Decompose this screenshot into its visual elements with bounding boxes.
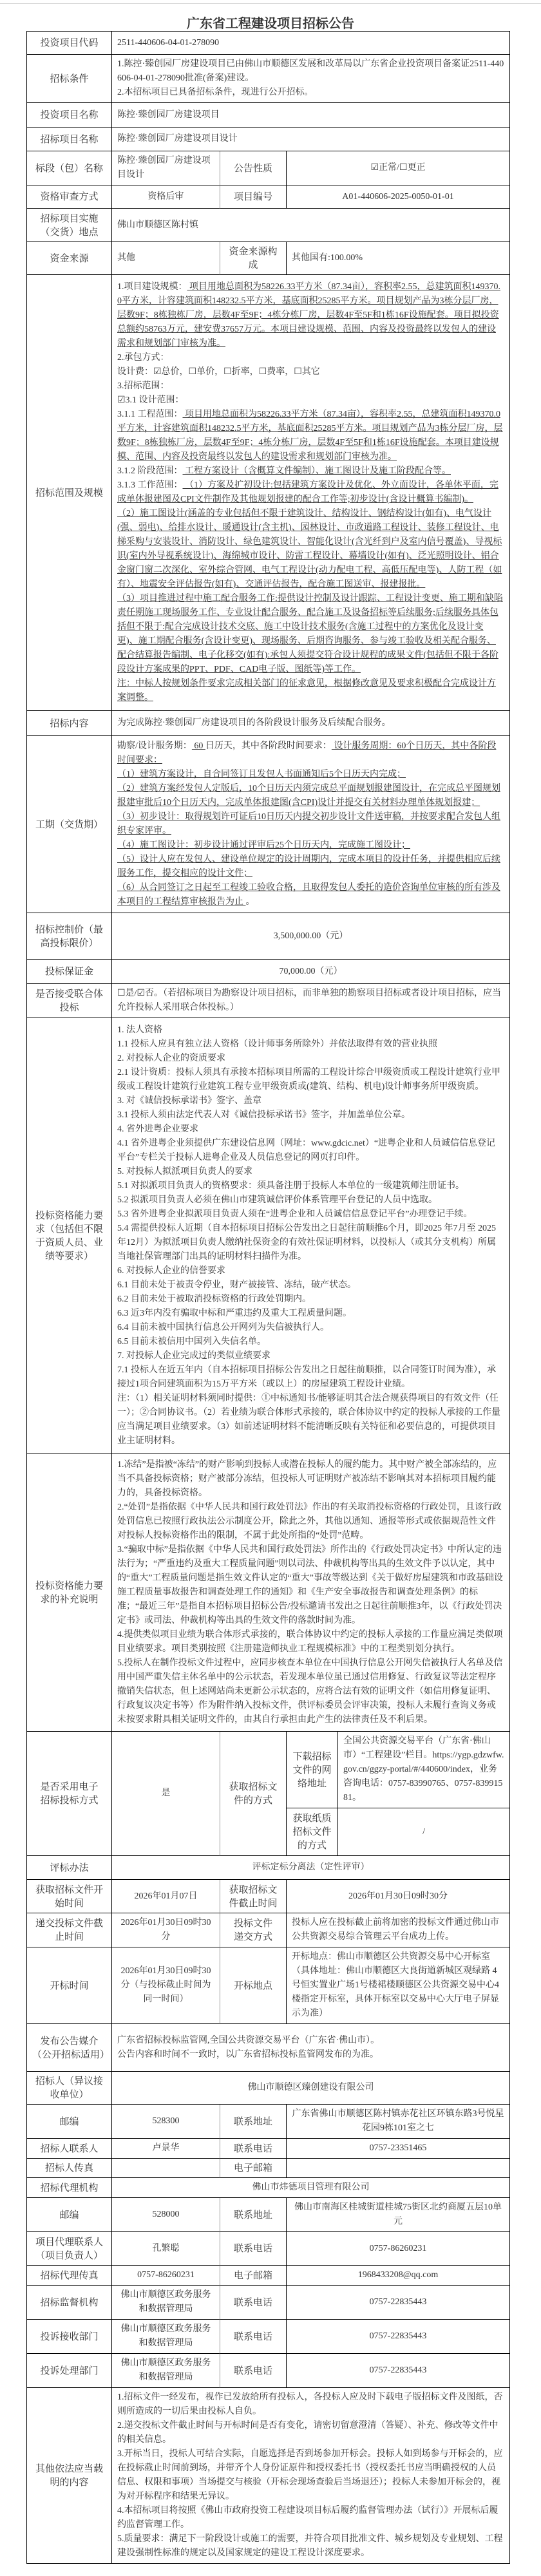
- media-line: 公告内容和时间不一致时，以广东省招标投标监管网发布的为准。: [117, 2048, 504, 2062]
- condition-line: 1.陈控·臻创园厂房建设项目已由佛山市顺德区发展和改革局以广东省企业投资项目备案…: [117, 57, 504, 86]
- requirement-item: 6.4 目前未被中国执行信息公开网列为失信被执行人。: [117, 1321, 504, 1335]
- other-item: 1.招标文件一经发布，视作已发放给所有投标人，各投标人应及时下载电子版招标文件及…: [117, 2391, 504, 2419]
- value-scope: 1.项目建设规模： 项目用地总面积为58226.33平方米（87.34亩），容积…: [112, 275, 510, 711]
- value-funding-composition: 其他国有:100.00%: [287, 242, 510, 275]
- row-media: 发布公告媒介（公开招标适用） 广东省招标投标监管网,全国公共资源交易平台（广东省…: [27, 2024, 510, 2072]
- duration-suffix: 。: [246, 897, 255, 907]
- row-complaint-handling: 投诉处理部门 佛山市顺德区政务服务和数据管理局 联系电话 0757-228354…: [27, 2354, 510, 2388]
- row-supervision: 招标监督机构 佛山市顺德区政务服务和数据管理局 联系电话 0757-228354…: [27, 2286, 510, 2320]
- label-duration: 工期（交货期）: [27, 736, 112, 913]
- value-agency-phone: 0757-86260231: [287, 2232, 510, 2266]
- row-agency-fax: 招标代理传真 0757-86260231 电子邮箱 1968433208@qq.…: [27, 2266, 510, 2286]
- duration-paragraph: （6）从合同签订之日起至工程竣工验收合格，且取得发包人委托的造价咨询单位审核的所…: [117, 881, 504, 909]
- other-item: 3.开标当日，投标人可结合实际，自愿选择是否到场参加开标会。投标人如到场参与开标…: [117, 2447, 504, 2504]
- value-review-method: 资格后审: [112, 185, 220, 209]
- condition-line: 2.本招标项目已具备招标条件，现进行公开招标。: [117, 86, 504, 100]
- value-tenderer-email: [287, 2159, 510, 2178]
- label-submission-method: 投标文件递交方式: [220, 1913, 287, 1947]
- label-electronic-bidding-text: 是否采用电子招标投标方式: [41, 1780, 99, 1807]
- value-content: 为完成陈控·臻创园厂房建设项目的各阶段设计服务及后续配合服务。: [112, 711, 510, 736]
- row-electronic-bidding: 是否采用电子招标投标方式 是 获取招标文件的方式 下载招标文件的网络地址 全国公…: [27, 1732, 510, 1808]
- scope-paragraph: 3.1.3 工作范围： （1）方案及扩初设计:包括建筑方案设计及优化、外立面设计…: [117, 478, 504, 507]
- duration-paragraph: 勘察/设计服务期： 60 日历天，其中各阶段时间要求： 设计服务周期：60个日历…: [117, 739, 504, 768]
- row-agency-address: 邮编 528000 联系地址 佛山市南海区桂城街道桂城75街区北约商厦五层10单…: [27, 2198, 510, 2232]
- duration-paragraph: （4）施工图设计：初步设计通过评审后25个日历天内，完成施工图设计；: [117, 838, 504, 853]
- duration-paragraph: （1）建筑方案设计，自合同签订且发包人书面通知后5个日历天内完成；: [117, 768, 504, 782]
- scope-underlined-text: 项目用地总面积为58226.33平方米（87.34亩），容积率2.55，总建筑面…: [117, 282, 500, 348]
- scope-underlined-text: 工程方案设计（含概算文件编制）、施工图设计及施工阶段配合等。: [183, 466, 451, 476]
- label-agency-phone: 联系电话: [220, 2232, 287, 2266]
- page-title: 广东省工程建设项目招标公告: [0, 15, 541, 32]
- label-paper-documents: 获取纸质招标文件的方式: [287, 1808, 338, 1856]
- requirement-item: 3.1 投标人须由法定代表人对《诚信投标承诺书》签字，并加盖单位公章。: [117, 1108, 504, 1122]
- label-tenderer-email: 电子邮箱: [220, 2159, 287, 2178]
- value-tenderer: 佛山市顺德区臻创建设有限公司: [112, 2072, 510, 2105]
- row-agency-contact: 项目代理联系人（项目负责人） 孔繁聪 联系电话 0757-86260231: [27, 2232, 510, 2266]
- requirement-item: 2.1 设计资质：投标人须具有承接本招标项目所需的工程设计综合甲级资质或工程设计…: [117, 1066, 504, 1094]
- scope-heading: 3.1.3 工作范围：: [117, 480, 183, 490]
- requirement-item: 7. 对投标人企业完成过的类似业绩要求: [117, 1349, 504, 1363]
- scope-paragraph: 2.承包方式：: [117, 351, 504, 365]
- value-project-number: A01-440606-2025-0050-01-01: [287, 185, 510, 209]
- row-investment-project-name: 投资项目名称 陈控·臻创园厂房建设项目: [27, 103, 510, 128]
- value-tender-conditions: 1.陈控·臻创园厂房建设项目已由佛山市顺德区发展和改革局以广东省企业投资项目备案…: [112, 55, 510, 103]
- requirement-item: 5.3 省外进粤企业拟派项目负责人须在“进粤企业和人员诚信信息登记平台”办理登记…: [117, 1207, 504, 1222]
- requirement-item: 6.2 目前未处于被取消投标资格的行政处罚期内。: [117, 1293, 504, 1307]
- label-agency-email: 电子邮箱: [220, 2266, 287, 2286]
- row-content: 招标内容 为完成陈控·臻创园厂房建设项目的各阶段设计服务及后续配合服务。: [27, 711, 510, 736]
- value-location: 佛山市顺德区陈村镇: [112, 209, 510, 242]
- label-complaint-handling: 投诉处理部门: [27, 2354, 112, 2388]
- value-control-price: 3,500,000.00（元）: [112, 913, 510, 960]
- scope-heading: 3.1.1 工程范围：: [117, 410, 183, 419]
- scope-heading: 1.项目建设规模：: [117, 282, 187, 292]
- value-complaint-handling: 佛山市顺德区政务服务和数据管理局: [112, 2354, 220, 2388]
- value-submission-deadline: 2026年01月30日09时30分: [112, 1913, 220, 1947]
- value-tender-project-name: 陈控·臻创园厂房建设项目设计: [112, 128, 510, 151]
- value-tenderer-postcode: 528300: [112, 2105, 220, 2139]
- requirement-item: 1. 法人资格: [117, 1023, 504, 1037]
- requirement-item: 6.1 目前未处于被责令停业，财产被接管、冻结，破产状态。: [117, 1278, 504, 1293]
- media-line: 广东省招标投标监管网,全国公共资源交易平台（广东省·佛山市）。: [117, 2034, 504, 2048]
- value-notice-type: ☑正常/☐更正: [287, 151, 510, 185]
- label-tender-project-name: 招标项目名称: [27, 128, 112, 151]
- value-opening-time: 2026年01月30日09时30分（与投标截止时间为同一时间）: [112, 1947, 220, 2024]
- row-qualification-review: 资格审查方式 资格后审 项目编号 A01-440606-2025-0050-01…: [27, 185, 510, 209]
- row-scope: 招标范围及规模 1.项目建设规模： 项目用地总面积为58226.33平方米（87…: [27, 275, 510, 711]
- duration-text: 日历天，其中各阶段时间要求：: [205, 741, 332, 751]
- requirement-item: 5. 对投标人拟派项目负责人的要求: [117, 1165, 504, 1179]
- value-supervision-phone: 0757-22835443: [287, 2286, 510, 2320]
- other-item: 5.质量要求：满足下一阶段设计或施工的需要，并符合项目批准文件、城乡规划及专业规…: [117, 2532, 504, 2561]
- label-scope: 招标范围及规模: [27, 275, 112, 711]
- value-agency-postcode: 528000: [112, 2198, 220, 2232]
- requirement-item: 4.1 省外进粤企业须提供广东建设信息网（网址：www.gdcic.net）“进…: [117, 1137, 504, 1165]
- value-paper-documents: /: [338, 1808, 510, 1856]
- label-project-code: 投资项目代码: [27, 32, 112, 55]
- requirement-item: 6. 对投标人企业的信誉要求: [117, 1264, 504, 1278]
- label-media: 发布公告媒介（公开招标适用）: [27, 2024, 112, 2072]
- value-other: 1.招标文件一经发布，视作已发放给所有投标人，各投标人应及时下载电子版招标文件及…: [112, 2388, 510, 2564]
- scope-paragraph: 设计费：☑总价，☐单价，☐折率，☐费率，☐其它: [117, 365, 504, 379]
- row-duration: 工期（交货期） 勘察/设计服务期： 60 日历天，其中各阶段时间要求： 设计服务…: [27, 736, 510, 913]
- row-complaint-receiving: 投诉接收部门 佛山市顺德区政务服务和数据管理局 联系电话 0757-228354…: [27, 2320, 510, 2354]
- value-doc-end: 2026年01月30日09时30分: [287, 1880, 510, 1913]
- row-opening: 开标时间 2026年01月30日09时30分（与投标截止时间为同一时间） 开标地…: [27, 1947, 510, 2024]
- row-tenderer-address: 邮编 528300 联系地址 广东省佛山市顺德区陈村镇赤花社区环镇东路3号悦星花…: [27, 2105, 510, 2139]
- scope-paragraph: 注：中标人按规划条件要求完成相关部门的征求意见，根据修改意见及要求积极配合完成设…: [117, 677, 504, 705]
- row-tenderer-fax: 招标人传真 电子邮箱: [27, 2159, 510, 2178]
- requirement-item: 3. 对《诚信投标承诺书》签字、盖章: [117, 1094, 504, 1108]
- row-tenderer-contact: 招标人联系人 卢景华 联系电话 0757-23351465: [27, 2139, 510, 2159]
- duration-paragraph: （2）建筑方案经发包人定版后，10个日历天内须完成总平面规划报建图设计，在完成总…: [117, 782, 504, 810]
- requirement-item: 4. 省外进粤企业要求: [117, 1122, 504, 1137]
- scope-paragraph: （2）施工图设计(涵盖的专业包括但不限于建筑设计、结构设计、钢结构设计(如有)、…: [117, 507, 504, 592]
- other-item: 2.递交投标文件截止时间与开标时间是否有变化，请密切留意澄清（答疑）、补充、修改…: [117, 2419, 504, 2447]
- label-funding-composition: 资金来源构成: [220, 242, 287, 275]
- value-consortium: ☐是/☑否。（若招标项目为勘察设计项目招标，而非单独的勘察项目招标或者设计项目招…: [112, 984, 510, 1018]
- label-complaint-handling-phone: 联系电话: [220, 2354, 287, 2388]
- row-location: 招标项目实施（交货）地点 佛山市顺德区陈村镇: [27, 209, 510, 242]
- row-bidder-requirements: 投标资格能力要求（包括但不限于资质人员、业绩等要求） 1. 法人资格 1.1 投…: [27, 1018, 510, 1454]
- note-item: 4.提供类似项目业绩为联合体形式承接的，联合体协议中约定的投标人承接的工作量应满…: [117, 1628, 504, 1656]
- label-tenderer: 招标人（异议接收单位）: [27, 2072, 112, 2105]
- value-tenderer-contact: 卢景华: [112, 2139, 220, 2159]
- label-review-method: 资格审查方式: [27, 185, 112, 209]
- row-submission: 递交投标文件截止时间 2026年01月30日09时30分 投标文件递交方式 投标…: [27, 1913, 510, 1947]
- value-media: 广东省招标投标监管网,全国公共资源交易平台（广东省·佛山市）。 公告内容和时间不…: [112, 2024, 510, 2072]
- label-submission-method-text: 投标文件递交方式: [234, 1917, 272, 1944]
- label-notice-type: 公告性质: [220, 151, 287, 185]
- row-other: 其他依法应当载明的内容 1.招标文件一经发布，视作已发放给所有投标人，各投标人应…: [27, 2388, 510, 2564]
- label-agency-postcode: 邮编: [27, 2198, 112, 2232]
- row-funding: 资金来源 其他 资金来源构成 其他国有:100.00%: [27, 242, 510, 275]
- value-bidder-requirements: 1. 法人资格 1.1 投标人应具有独立法人资格（设计师事务所除外）并依法取得有…: [112, 1018, 510, 1454]
- label-lot-name: 标段（包）名称: [27, 151, 112, 185]
- note-item: 1.冻结”是指被“冻结”的财产影响到投标人或潜在投标人的履约能力。其中财产被全部…: [117, 1458, 504, 1501]
- label-agency-contact: 项目代理联系人（项目负责人）: [27, 2232, 112, 2266]
- duration-paragraph: （5）设计人应在发包人、建设单位规定的设计周期内，完成本项目的设计任务，并提供相…: [117, 853, 504, 881]
- label-location: 招标项目实施（交货）地点: [27, 209, 112, 242]
- label-obtain-method: 获取招标文件的方式: [220, 1732, 287, 1856]
- value-tenderer-phone: 0757-23351465: [287, 2139, 510, 2159]
- duration-days: 60: [192, 741, 205, 751]
- row-document-period: 获取招标文件开始时间 2026年01月07日 获取招标文件截止时间 2026年0…: [27, 1880, 510, 1913]
- note-item: 2.“处罚”是指依据《中华人民共和国行政处罚法》作出的有关取消投标资格的行政处罚…: [117, 1501, 504, 1543]
- label-opening-place: 开标地点: [220, 1947, 287, 2024]
- value-download-address: 全国公共资源交易平台（广东省·佛山市）“工程建设”栏目。https://ygp.…: [338, 1732, 510, 1808]
- requirement-item: 5.4 需提供投标人近期（自本招标项目招标公告发出之日起往前顺推6个月，即202…: [117, 1222, 504, 1264]
- value-duration: 勘察/设计服务期： 60 日历天，其中各阶段时间要求： 设计服务周期：60个日历…: [112, 736, 510, 913]
- label-investment-project-name: 投资项目名称: [27, 103, 112, 128]
- row-control-price: 招标控制价（最高投标限价） 3,500,000.00（元）: [27, 913, 510, 960]
- note-item: 3.“骗取中标”是指依据《中华人民共和国行政处罚法》所作出的《行政处罚决定书》中…: [117, 1543, 504, 1628]
- label-other: 其他依法应当载明的内容: [27, 2388, 112, 2564]
- scope-paragraph: 3.1.1 工程范围： 项目用地总面积为58226.33平方米（87.34亩），…: [117, 408, 504, 464]
- duration-underlined-text: （6）从合同签订之日起至工程竣工验收合格，且取得发包人委托的造价咨询单位审核的所…: [117, 883, 500, 907]
- label-tenderer-address: 联系地址: [220, 2105, 287, 2139]
- row-evaluation: 评标办法 评标定标分离法（定性评审）: [27, 1856, 510, 1880]
- label-tenderer-fax: 招标人传真: [27, 2159, 112, 2178]
- value-complaint-receiving: 佛山市顺德区政务服务和数据管理局: [112, 2320, 220, 2354]
- label-complaint-receiving: 投诉接收部门: [27, 2320, 112, 2354]
- row-project-code: 投资项目代码 2511-440606-04-01-278090: [27, 32, 510, 55]
- value-evaluation: 评标定标分离法（定性评审）: [112, 1856, 510, 1880]
- label-bid-bond: 投标保证金: [27, 960, 112, 984]
- value-tenderer-fax: [112, 2159, 220, 2178]
- row-tender-conditions: 招标条件 1.陈控·臻创园厂房建设项目已由佛山市顺德区发展和改革局以广东省企业投…: [27, 55, 510, 103]
- row-consortium: 是否接受联合体投标 ☐是/☑否。（若招标项目为勘察设计项目招标，而非单独的勘察项…: [27, 984, 510, 1018]
- value-complaint-receiving-phone: 0757-22835443: [287, 2320, 510, 2354]
- label-control-price: 招标控制价（最高投标限价）: [27, 913, 112, 960]
- value-investment-project-name: 陈控·臻创园厂房建设项目: [112, 103, 510, 128]
- value-electronic-bidding: 是: [112, 1732, 220, 1856]
- value-agency-address: 佛山市南海区桂城街道桂城75街区北约商厦五层10单元: [287, 2198, 510, 2232]
- requirement-item: 6.3 近3年内没有骗取中标和严重违约及重大工程质量问题。: [117, 1307, 504, 1321]
- value-agency-contact: 孔繁聪: [112, 2232, 220, 2266]
- value-complaint-handling-phone: 0757-22835443: [287, 2354, 510, 2388]
- requirement-item: 6.5 目前未被信用中国列入失信名单。: [117, 1335, 504, 1349]
- scope-heading: 3.1.2 阶段范围：: [117, 466, 183, 476]
- note-item: 5.投标人在制作投标文件过程中，应同步核查本单位在中国执行信息公开网失信被执行人…: [117, 1656, 504, 1727]
- label-requirements-notes: 投标资格能力要求的补充说明: [27, 1454, 112, 1732]
- top-divider: [0, 3, 541, 4]
- label-tenderer-contact: 招标人联系人: [27, 2139, 112, 2159]
- value-agency-fax: 0757-86260231: [112, 2266, 220, 2286]
- value-requirements-notes: 1.冻结”是指被“冻结”的财产影响到投标人或潜在投标人的履约能力。其中财产被全部…: [112, 1454, 510, 1732]
- value-project-code: 2511-440606-04-01-278090: [112, 32, 510, 55]
- scope-paragraph: 1.项目建设规模： 项目用地总面积为58226.33平方米（87.34亩），容积…: [117, 280, 504, 351]
- value-funding-source: 其他: [112, 242, 220, 275]
- label-agency-address: 联系地址: [220, 2198, 287, 2232]
- label-complaint-receiving-phone: 联系电话: [220, 2320, 287, 2354]
- row-lot: 标段（包）名称 陈控·臻创园厂房建设项目设计 公告性质 ☑正常/☐更正: [27, 151, 510, 185]
- label-consortium: 是否接受联合体投标: [27, 984, 112, 1018]
- value-submission-method: 投标人应在投标截止前将加密的投标文件通过佛山市公共资源交易综合管理云平台成功上传…: [287, 1913, 510, 1947]
- label-evaluation: 评标办法: [27, 1856, 112, 1880]
- label-electronic-bidding: 是否采用电子招标投标方式: [27, 1732, 112, 1856]
- requirement-item: 7.1 投标人在近五年内（自本招标项目招标公告发出之日起往前顺推，以合同签订时间…: [117, 1363, 504, 1392]
- label-tender-conditions: 招标条件: [27, 55, 112, 103]
- other-item: 4.本招标项目将按照《佛山市政府投资工程建设项目标后履约监督管理办法（试行）》开…: [117, 2504, 504, 2532]
- requirement-item: 5.1 对拟派项目负责人的资格要求：须具备注册于投标人本单位的一级建筑师注册证书…: [117, 1179, 504, 1193]
- value-lot-name: 陈控·臻创园厂房建设项目设计: [112, 151, 220, 185]
- value-doc-start: 2026年01月07日: [112, 1880, 220, 1913]
- scope-paragraph: ☑3.1 设计范围：: [117, 393, 504, 408]
- value-supervision: 佛山市顺德区政务服务和数据管理局: [112, 2286, 220, 2320]
- label-funding-source: 资金来源: [27, 242, 112, 275]
- label-download-address: 下载招标文件的网络地址: [287, 1732, 338, 1808]
- label-supervision: 招标监督机构: [27, 2286, 112, 2320]
- row-requirements-notes: 投标资格能力要求的补充说明 1.冻结”是指被“冻结”的财产影响到投标人或潜在投标…: [27, 1454, 510, 1732]
- row-tenderer: 招标人（异议接收单位） 佛山市顺德区臻创建设有限公司: [27, 2072, 510, 2105]
- duration-heading: 勘察/设计服务期：: [117, 741, 192, 751]
- requirement-item: 注：（1）相关证明材料须同时提供：①中标通知书/能够证明其合法合规获得项目的有效…: [117, 1392, 504, 1448]
- value-bid-bond: 70,000.00（元）: [112, 960, 510, 984]
- label-opening-time: 开标时间: [27, 1947, 112, 2024]
- scope-paragraph: 3.招标范围：: [117, 379, 504, 393]
- label-tenderer-postcode: 邮编: [27, 2105, 112, 2139]
- value-tenderer-address: 广东省佛山市顺德区陈村镇赤花社区环镇东路3号悦星花园9栋101室之七: [287, 2105, 510, 2139]
- duration-paragraph: （3）初步设计：取得规划许可证后10日历天内提交初步设计文件送审稿，并按要求配合…: [117, 810, 504, 838]
- value-agency: 佛山市炜德项目管理有限公司: [112, 2178, 510, 2198]
- tender-notice-table: 投资项目代码 2511-440606-04-01-278090 招标条件 1.陈…: [26, 31, 510, 2564]
- row-agency: 招标代理机构 佛山市炜德项目管理有限公司: [27, 2178, 510, 2198]
- label-bidder-requirements: 投标资格能力要求（包括但不限于资质人员、业绩等要求）: [27, 1018, 112, 1454]
- label-content: 招标内容: [27, 711, 112, 736]
- value-agency-email: 1968433208@qq.com: [287, 2266, 510, 2286]
- requirement-item: 5.2 拟派项目负责人必须在佛山市建筑诚信评价体系管理平台登记的人员中选取。: [117, 1193, 504, 1207]
- label-doc-start: 获取招标文件开始时间: [27, 1880, 112, 1913]
- label-doc-end: 获取招标文件截止时间: [220, 1880, 287, 1913]
- requirement-item: 2. 对投标人企业的资质要求: [117, 1052, 504, 1066]
- label-tenderer-phone: 联系电话: [220, 2139, 287, 2159]
- label-submission-deadline: 递交投标文件截止时间: [27, 1913, 112, 1947]
- label-agency-fax: 招标代理传真: [27, 2266, 112, 2286]
- label-agency: 招标代理机构: [27, 2178, 112, 2198]
- scope-paragraph: 3.1.2 阶段范围： 工程方案设计（含概算文件编制）、施工图设计及施工阶段配合…: [117, 464, 504, 478]
- row-bid-bond: 投标保证金 70,000.00（元）: [27, 960, 510, 984]
- requirement-item: 1.1 投标人应具有独立法人资格（设计师事务所除外）并依法取得有效的营业执照: [117, 1037, 504, 1052]
- label-project-number: 项目编号: [220, 185, 287, 209]
- value-opening-place: 开标地点：佛山市顺德区公共资源交易中心开标室（具体地址：佛山市顺德区大良街道新城…: [287, 1947, 510, 2024]
- row-tender-project-name: 招标项目名称 陈控·臻创园厂房建设项目设计: [27, 128, 510, 151]
- scope-paragraph: （3）项目推进过程中施工配合服务工作:提供设计控制及设计跟踪、工程设计变更、施工…: [117, 592, 504, 677]
- label-supervision-phone: 联系电话: [220, 2286, 287, 2320]
